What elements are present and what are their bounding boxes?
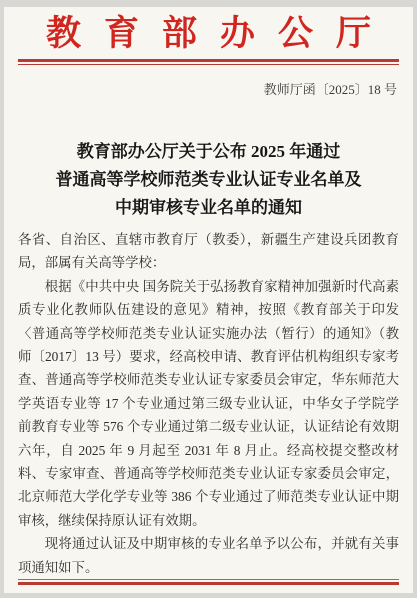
document-body: 各省、自治区、直辖市教育厅（教委），新疆生产建设兵团教育局，部属有关高等学校： … (18, 228, 399, 579)
header-divider (18, 59, 399, 65)
closing-paragraph: 现将通过认证及中期审核的专业名单予以公布，并就有关事项通知如下。 (18, 532, 399, 579)
paper: 教育部办公厅 教师厅函〔2025〕18 号 教育部办公厅关于公布 2025 年通… (4, 7, 413, 593)
main-paragraph: 根据《中共中央 国务院关于弘扬教育家精神加强新时代高素质专业化教师队伍建设的意见… (18, 275, 399, 532)
document-title-line1: 教育部办公厅关于公布 2025 年通过 (4, 138, 413, 166)
agency-header: 教育部办公厅 (4, 12, 413, 56)
salutation-paragraph: 各省、自治区、直辖市教育厅（教委），新疆生产建设兵团教育局，部属有关高等学校： (18, 228, 399, 275)
doc-number: 教师厅函〔2025〕18 号 (4, 82, 397, 98)
document-title-line2: 普通高等学校师范类专业认证专业名单及 (4, 166, 413, 194)
document-title: 教育部办公厅关于公布 2025 年通过 普通高等学校师范类专业认证专业名单及 中… (4, 138, 413, 222)
document-page: 教育部办公厅 教师厅函〔2025〕18 号 教育部办公厅关于公布 2025 年通… (0, 0, 417, 598)
footer-divider (18, 579, 399, 585)
document-title-line3: 中期审核专业名单的通知 (4, 194, 413, 222)
